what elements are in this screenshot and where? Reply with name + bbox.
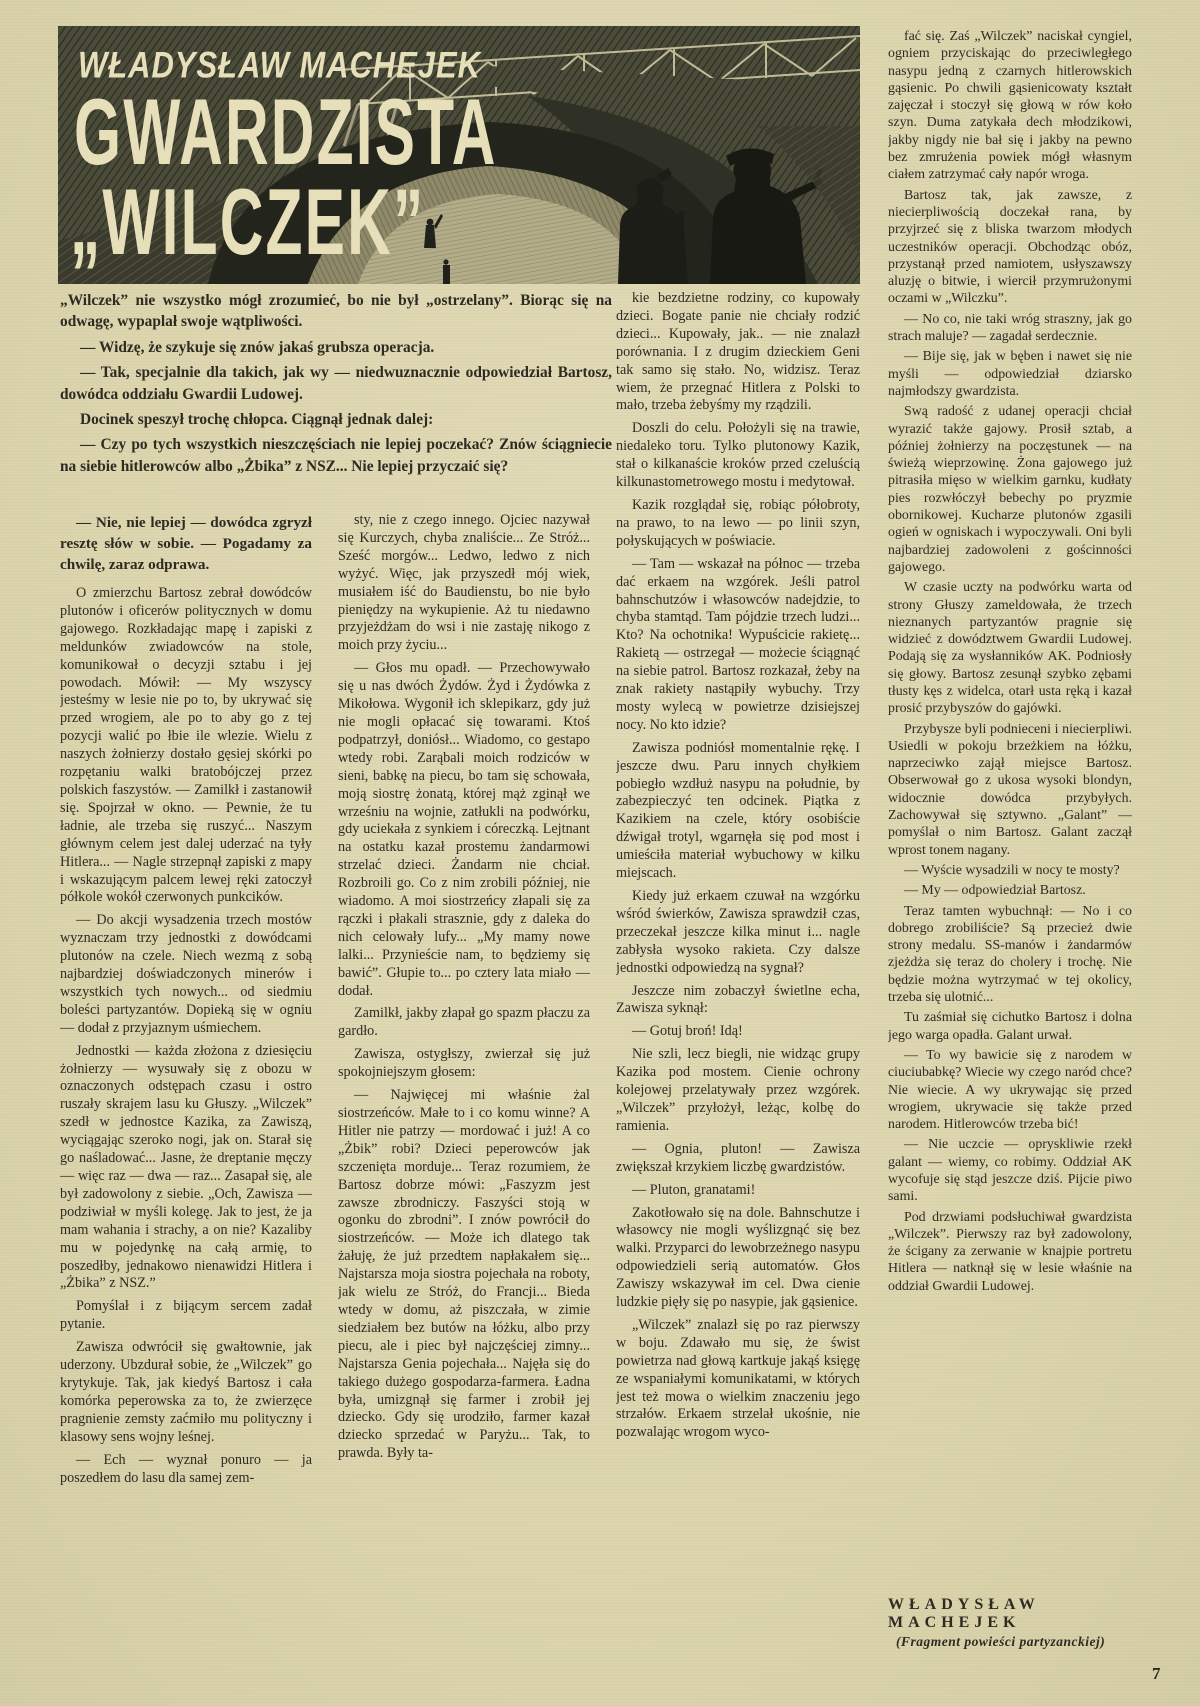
paragraph: — Ognia, pluton! — Zawisza zwiększał krz… [616, 1141, 860, 1177]
paragraph: W czasie uczty na podwórku warta od stro… [888, 579, 1132, 717]
paragraph: Jeszcze nim zobaczył świetlne echa, Zawi… [616, 983, 860, 1019]
article-title-line2: „WILCZEK” [70, 168, 425, 277]
paragraph: „Wilczek” znalazł się po raz pierwszy w … [616, 1317, 860, 1442]
paragraph: — Bije się, jak w bęben i nawet się nie … [888, 348, 1132, 400]
paragraph: — Do akcji wysadzenia trzech mostów wyzn… [60, 912, 312, 1037]
column-1-body: O zmierzchu Bartosz zebrał dowódców plut… [60, 585, 312, 1487]
lede-paragraph: — Widzę, że szykuje się znów jakaś grubs… [60, 337, 612, 358]
lede-paragraph: Docinek speszył trochę chłopca. Ciągnął … [60, 409, 612, 430]
paragraph: Teraz tamten wybuchnął: — No i co dobreg… [888, 903, 1132, 1007]
paragraph: — Gotuj broń! Idą! [616, 1023, 860, 1041]
paragraph: Zawisza odwrócił się gwałtownie, jak ude… [60, 1339, 312, 1446]
article-lede: „Wilczek” nie wszystko mógł zrozumieć, b… [60, 290, 612, 508]
paragraph: sty, nie z czego innego. Ojciec nazywał … [338, 512, 590, 655]
paragraph: Jednostki — każda złożona z dziesięciu ż… [60, 1043, 312, 1294]
paragraph: Swą radość z udanej operacji chciał wyra… [888, 403, 1132, 576]
paragraph: — To wy bawicie się z narodem w ciuciuba… [888, 1047, 1132, 1133]
paragraph: — Najwięcej mi właśnie żal siostrzeńców.… [338, 1087, 590, 1463]
lede-paragraph: — Czy po tych wszystkich nieszczęściach … [60, 434, 612, 477]
paragraph: — Pluton, granatami! [616, 1182, 860, 1200]
paragraph: — Wyście wysadzili w nocy te mosty? [888, 862, 1132, 879]
paragraph: Bartosz tak, jak zawsze, z niecierpliwoś… [888, 187, 1132, 308]
paragraph: — Głos mu opadł. — Przechowywało się u n… [338, 660, 590, 1000]
paragraph: Pod drzwiami podsłuchiwał gwardzista „Wi… [888, 1209, 1132, 1295]
fragment-note: (Fragment powieści partyzanckiej) [896, 1634, 1136, 1650]
paragraph: Zamilkł, jakby złapał go spazm płaczu za… [338, 1005, 590, 1041]
paragraph: Przybysze byli podnieceni i niecierpliwi… [888, 721, 1132, 859]
paragraph: — Ech — wyznał ponuro — ja poszedłem do … [60, 1452, 312, 1488]
text-column-1: — Nie, nie lepiej — dowódca zgryzł reszt… [60, 512, 312, 1692]
paragraph: Zawisza, ostygłszy, zwierzał się już spo… [338, 1046, 590, 1082]
paragraph: Doszli do celu. Położyli się na trawie, … [616, 420, 860, 492]
paragraph: Nie szli, lecz biegli, nie widząc grupy … [616, 1046, 860, 1136]
text-column-4: fać się. Zaś „Wilczek” naciskał cyngiel,… [888, 28, 1132, 1594]
text-column-3: kie bezdzietne rodziny, co kupowały dzie… [616, 290, 860, 1694]
header-illustration: WŁADYSŁAW MACHEJEK GWARDZISTA „WILCZEK” [58, 26, 860, 284]
paragraph: — Tam — wskazał na północ — trzeba dać e… [616, 556, 860, 735]
paragraph: O zmierzchu Bartosz zebrał dowódców plut… [60, 585, 312, 907]
paragraph: — My — odpowiedział Bartosz. [888, 882, 1132, 899]
lede-paragraph: „Wilczek” nie wszystko mógł zrozumieć, b… [60, 290, 612, 333]
paragraph: Zakotłowało się na dole. Bahnschutze i w… [616, 1205, 860, 1312]
lede-paragraph-continued: — Nie, nie lepiej — dowódca zgryzł reszt… [60, 512, 312, 575]
page-number: 7 [1152, 1664, 1161, 1684]
author-signature: WŁADYSŁAW MACHEJEK [888, 1596, 1132, 1632]
lede-paragraph: — Tak, specjalnie dla takich, jak wy — n… [60, 362, 612, 405]
paragraph: Tu zaśmiał się cichutko Bartosz i dolna … [888, 1009, 1132, 1044]
paragraph: Pomyślał i z bijącym sercem zadał pytani… [60, 1298, 312, 1334]
text-column-2: sty, nie z czego innego. Ojciec nazywał … [338, 512, 590, 1692]
paragraph: Kiedy już erkaem czuwał na wzgórku wśród… [616, 888, 860, 978]
paragraph: — Nie uczcie — opryskliwie rzekł galant … [888, 1136, 1132, 1205]
magazine-page: WŁADYSŁAW MACHEJEK GWARDZISTA „WILCZEK” … [0, 0, 1200, 1706]
paragraph: — No co, nie taki wróg straszny, jak go … [888, 311, 1132, 346]
paragraph: kie bezdzietne rodziny, co kupowały dzie… [616, 290, 860, 415]
paragraph: Zawisza podniósł momentalnie rękę. I jes… [616, 740, 860, 883]
paragraph: fać się. Zaś „Wilczek” naciskał cyngiel,… [888, 28, 1132, 184]
paragraph: Kazik rozglądał się, robiąc półobroty, n… [616, 497, 860, 551]
